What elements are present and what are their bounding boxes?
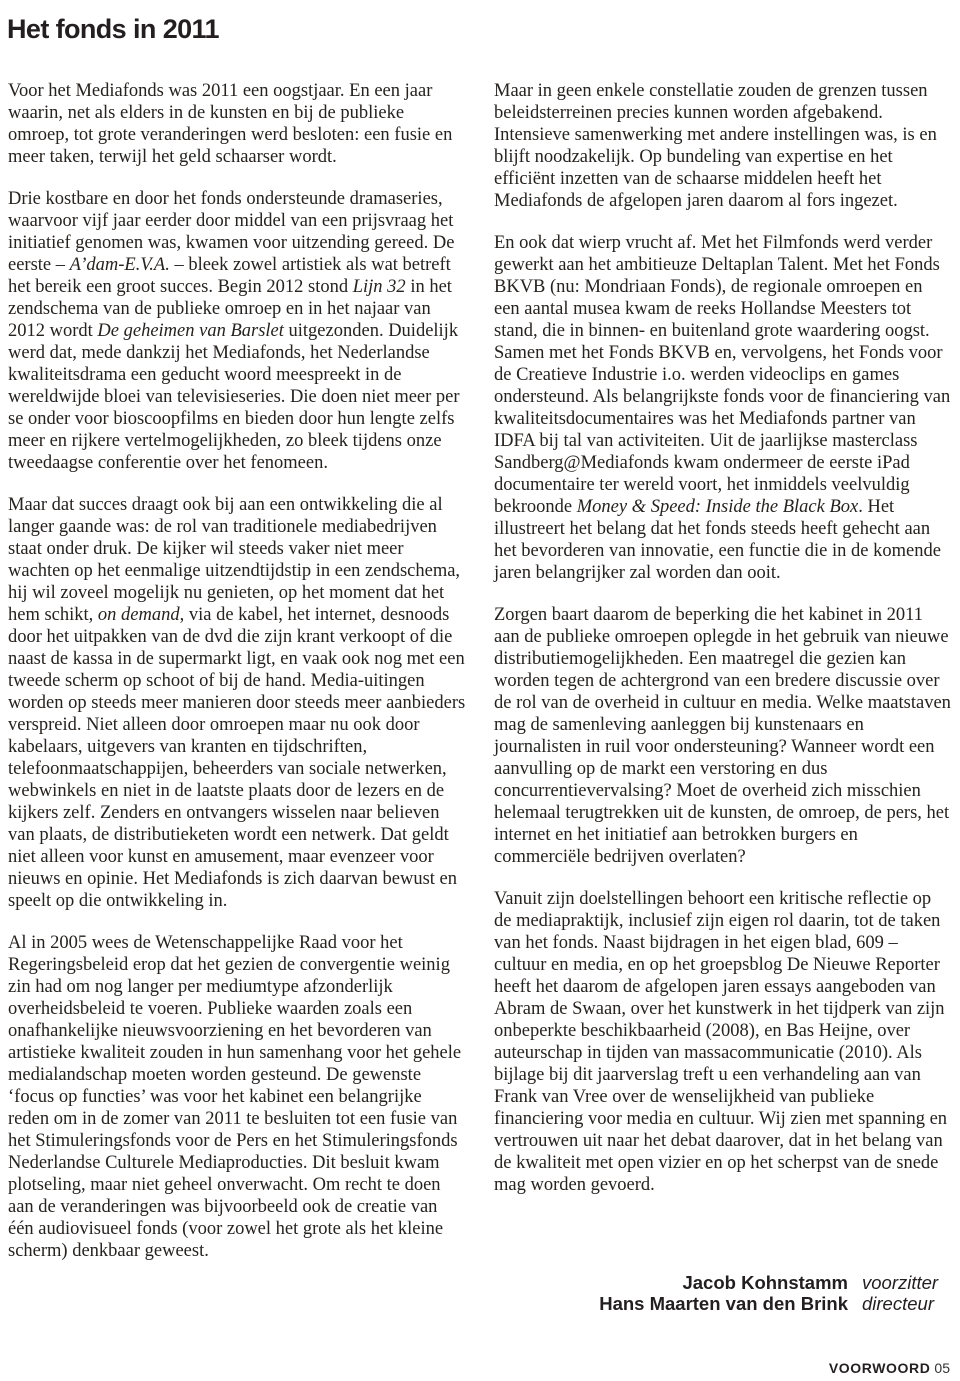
text-run: , via de kabel, het internet, desnoods d… (8, 605, 465, 911)
signature-row: Jacob Kohnstamm voorzitter (599, 1272, 950, 1293)
text-run: uitgezonden. Duidelijk werd dat, mede da… (8, 321, 460, 473)
paragraph: Maar in geen enkele constellatie zouden … (494, 80, 952, 212)
signatory-name: Jacob Kohnstamm (682, 1272, 848, 1293)
paragraph: Al in 2005 wees de Wetenschappelijke Raa… (8, 932, 466, 1262)
signatory-role: voorzitter (862, 1272, 950, 1293)
paragraph: Voor het Mediafonds was 2011 een oogstja… (8, 80, 466, 168)
italic-text-run: A’dam-E.V.A. (70, 255, 170, 275)
signatory-name: Hans Maarten van den Brink (599, 1293, 848, 1314)
text-run: Vanuit zijn doelstellingen behoort een k… (494, 889, 947, 1195)
italic-text-run: on demand (98, 605, 180, 625)
left-column: Voor het Mediafonds was 2011 een oogstja… (8, 80, 466, 1282)
paragraph: Maar dat succes draagt ook bij aan een o… (8, 494, 466, 912)
text-run: Maar in geen enkele constellatie zouden … (494, 81, 937, 211)
italic-text-run: Lijn 32 (353, 277, 406, 297)
italic-text-run: Money & Speed: Inside the Black Box (577, 497, 859, 517)
signatory-role: directeur (862, 1293, 950, 1314)
text-run: Voor het Mediafonds was 2011 een oogstja… (8, 81, 452, 167)
footer-page-number: 05 (934, 1360, 950, 1376)
signature-block: Jacob Kohnstamm voorzitter Hans Maarten … (599, 1272, 950, 1314)
page-title: Het fonds in 2011 (7, 14, 219, 45)
paragraph: Vanuit zijn doelstellingen behoort een k… (494, 888, 952, 1196)
text-run: En ook dat wierp vrucht af. Met het Film… (494, 233, 950, 517)
text-columns: Voor het Mediafonds was 2011 een oogstja… (8, 80, 952, 1282)
document-page: Het fonds in 2011 Voor het Mediafonds wa… (0, 0, 960, 1381)
paragraph: En ook dat wierp vrucht af. Met het Film… (494, 232, 952, 584)
right-column: Maar in geen enkele constellatie zouden … (494, 80, 952, 1282)
footer-section-label: VOORWOORD (829, 1360, 931, 1376)
text-run: Zorgen baart daarom de beperking die het… (494, 605, 951, 867)
paragraph: Zorgen baart daarom de beperking die het… (494, 604, 952, 868)
text-run: Al in 2005 wees de Wetenschappelijke Raa… (8, 933, 461, 1261)
page-footer: VOORWOORD05 (829, 1360, 950, 1376)
italic-text-run: De geheimen van Barslet (97, 321, 283, 341)
signature-row: Hans Maarten van den Brink directeur (599, 1293, 950, 1314)
paragraph: Drie kostbare en door het fonds onderste… (8, 188, 466, 474)
